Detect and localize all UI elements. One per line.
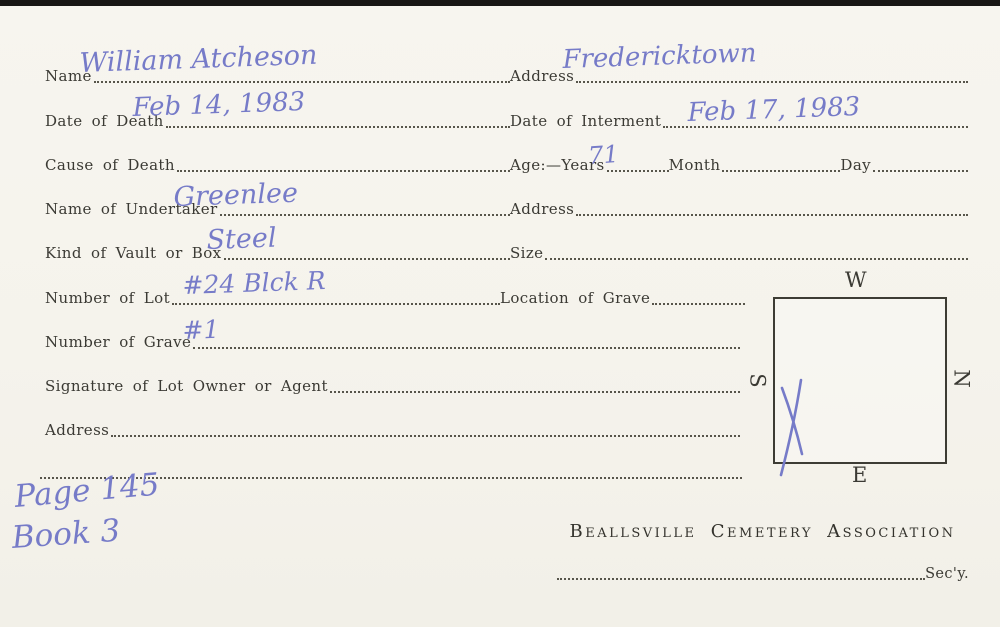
handwriting-lot: #24 Blck R (182, 268, 326, 298)
handwriting-undertaker: Greenlee (173, 180, 298, 211)
handwriting-book-note: Book 3 (11, 516, 121, 554)
owner-address-label: Address (45, 423, 109, 439)
secretary-label: Sec'y. (925, 567, 969, 583)
dotted-line (607, 170, 669, 172)
dotted-line (873, 170, 968, 172)
compass-south-label: S (747, 373, 768, 387)
age-month-label: Month (669, 158, 721, 174)
dotted-line (94, 81, 510, 83)
dotted-line (220, 214, 510, 216)
lot-label: Number of Lot (45, 291, 170, 307)
row-owner-address: Address (45, 417, 740, 439)
cause-of-death-label: Cause of Death (45, 158, 175, 174)
date-of-interment-label: Date of Interment (510, 114, 661, 130)
compass-east-label: E (852, 465, 867, 486)
row-grave-number: Number of Grave (45, 329, 740, 351)
dotted-line (652, 303, 745, 305)
dotted-line (557, 578, 925, 580)
dotted-line (172, 303, 500, 305)
signature-label: Signature of Lot Owner or Agent (45, 379, 328, 395)
location-of-grave-label: Location of Grave (500, 291, 650, 307)
handwriting-date-of-interment: Feb 17, 1983 (687, 94, 861, 126)
dotted-line (166, 126, 510, 128)
size-label: Size (510, 246, 543, 262)
handwriting-page-note: Page 145 (13, 469, 160, 513)
scan-edge-strip (0, 0, 1000, 6)
age-day-label: Day (840, 158, 871, 174)
dotted-line (722, 170, 840, 172)
row-vault-size: Kind of Vault or Box Size (45, 240, 968, 262)
handwriting-age-years: 71 (587, 142, 619, 168)
compass-west-label: W (845, 270, 867, 291)
handwriting-grave-number: #1 (182, 317, 220, 343)
secretary-signature-line: Sec'y. (557, 562, 969, 582)
handwriting-date-of-death: Feb 14, 1983 (132, 89, 306, 121)
dotted-line (224, 258, 510, 260)
dotted-line (545, 258, 968, 260)
grave-number-label: Number of Grave (45, 335, 191, 351)
handwriting-address: Fredericktown (562, 40, 757, 73)
row-cause-age: Cause of Death Age:—Years Month Day (45, 152, 968, 174)
vault-label: Kind of Vault or Box (45, 246, 222, 262)
row-lot-location: Number of Lot Location of Grave (45, 285, 745, 307)
row-signature: Signature of Lot Owner or Agent (45, 373, 740, 395)
undertaker-address-label: Address (510, 202, 574, 218)
organization-name: Beallsville Cemetery Association (555, 521, 970, 542)
handwriting-vault: Steel (206, 225, 277, 254)
dotted-line (177, 170, 510, 172)
grave-x-mark (770, 375, 814, 481)
compass-north-label: N (951, 369, 972, 387)
dotted-line (193, 347, 740, 349)
dotted-line (576, 81, 968, 83)
dotted-line (330, 391, 740, 393)
handwriting-name: William Atcheson (79, 42, 318, 77)
dotted-line (576, 214, 968, 216)
dotted-line (111, 435, 740, 437)
